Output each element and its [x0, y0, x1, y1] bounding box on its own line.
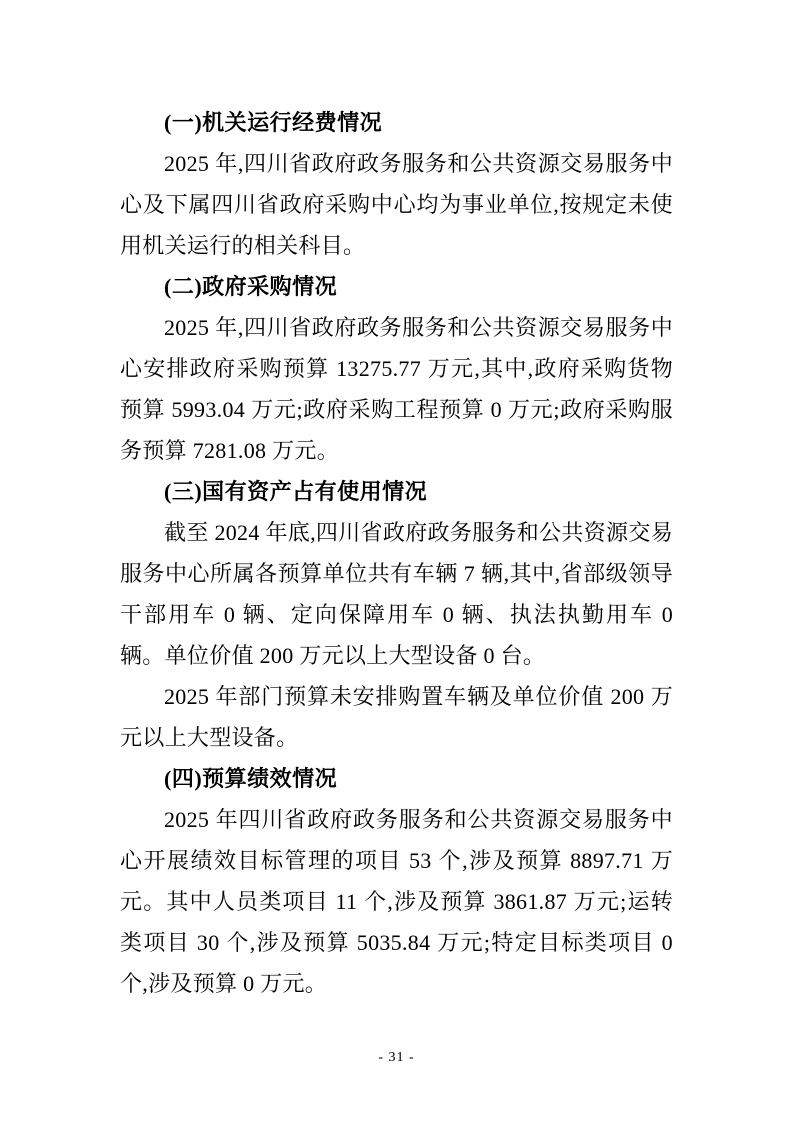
- section-heading-state-owned-assets: (三)国有资产占有使用情况: [120, 471, 673, 512]
- document-body: (一)机关运行经费情况 2025 年,四川省政府政务服务和公共资源交易服务中心及…: [120, 102, 673, 1004]
- paragraph-agency-operating-funds: 2025 年,四川省政府政务服务和公共资源交易服务中心及下属四川省政府采购中心均…: [120, 143, 673, 266]
- paragraph-government-procurement: 2025 年,四川省政府政务服务和公共资源交易服务中心安排政府采购预算 1327…: [120, 307, 673, 471]
- paragraph-state-owned-assets-vehicles: 截至 2024 年底,四川省政府政务服务和公共资源交易服务中心所属各预算单位共有…: [120, 512, 673, 676]
- document-page: (一)机关运行经费情况 2025 年,四川省政府政务服务和公共资源交易服务中心及…: [0, 0, 793, 1122]
- section-heading-government-procurement: (二)政府采购情况: [120, 266, 673, 307]
- page-footer: - 31 -: [0, 1048, 793, 1066]
- paragraph-budget-performance: 2025 年四川省政府政务服务和公共资源交易服务中心开展绩效目标管理的项目 53…: [120, 799, 673, 1004]
- page-number: - 31 -: [378, 1050, 414, 1065]
- paragraph-state-owned-assets-budget-plan: 2025 年部门预算未安排购置车辆及单位价值 200 万元以上大型设备。: [120, 676, 673, 758]
- section-heading-agency-operating-funds: (一)机关运行经费情况: [120, 102, 673, 143]
- section-heading-budget-performance: (四)预算绩效情况: [120, 758, 673, 799]
